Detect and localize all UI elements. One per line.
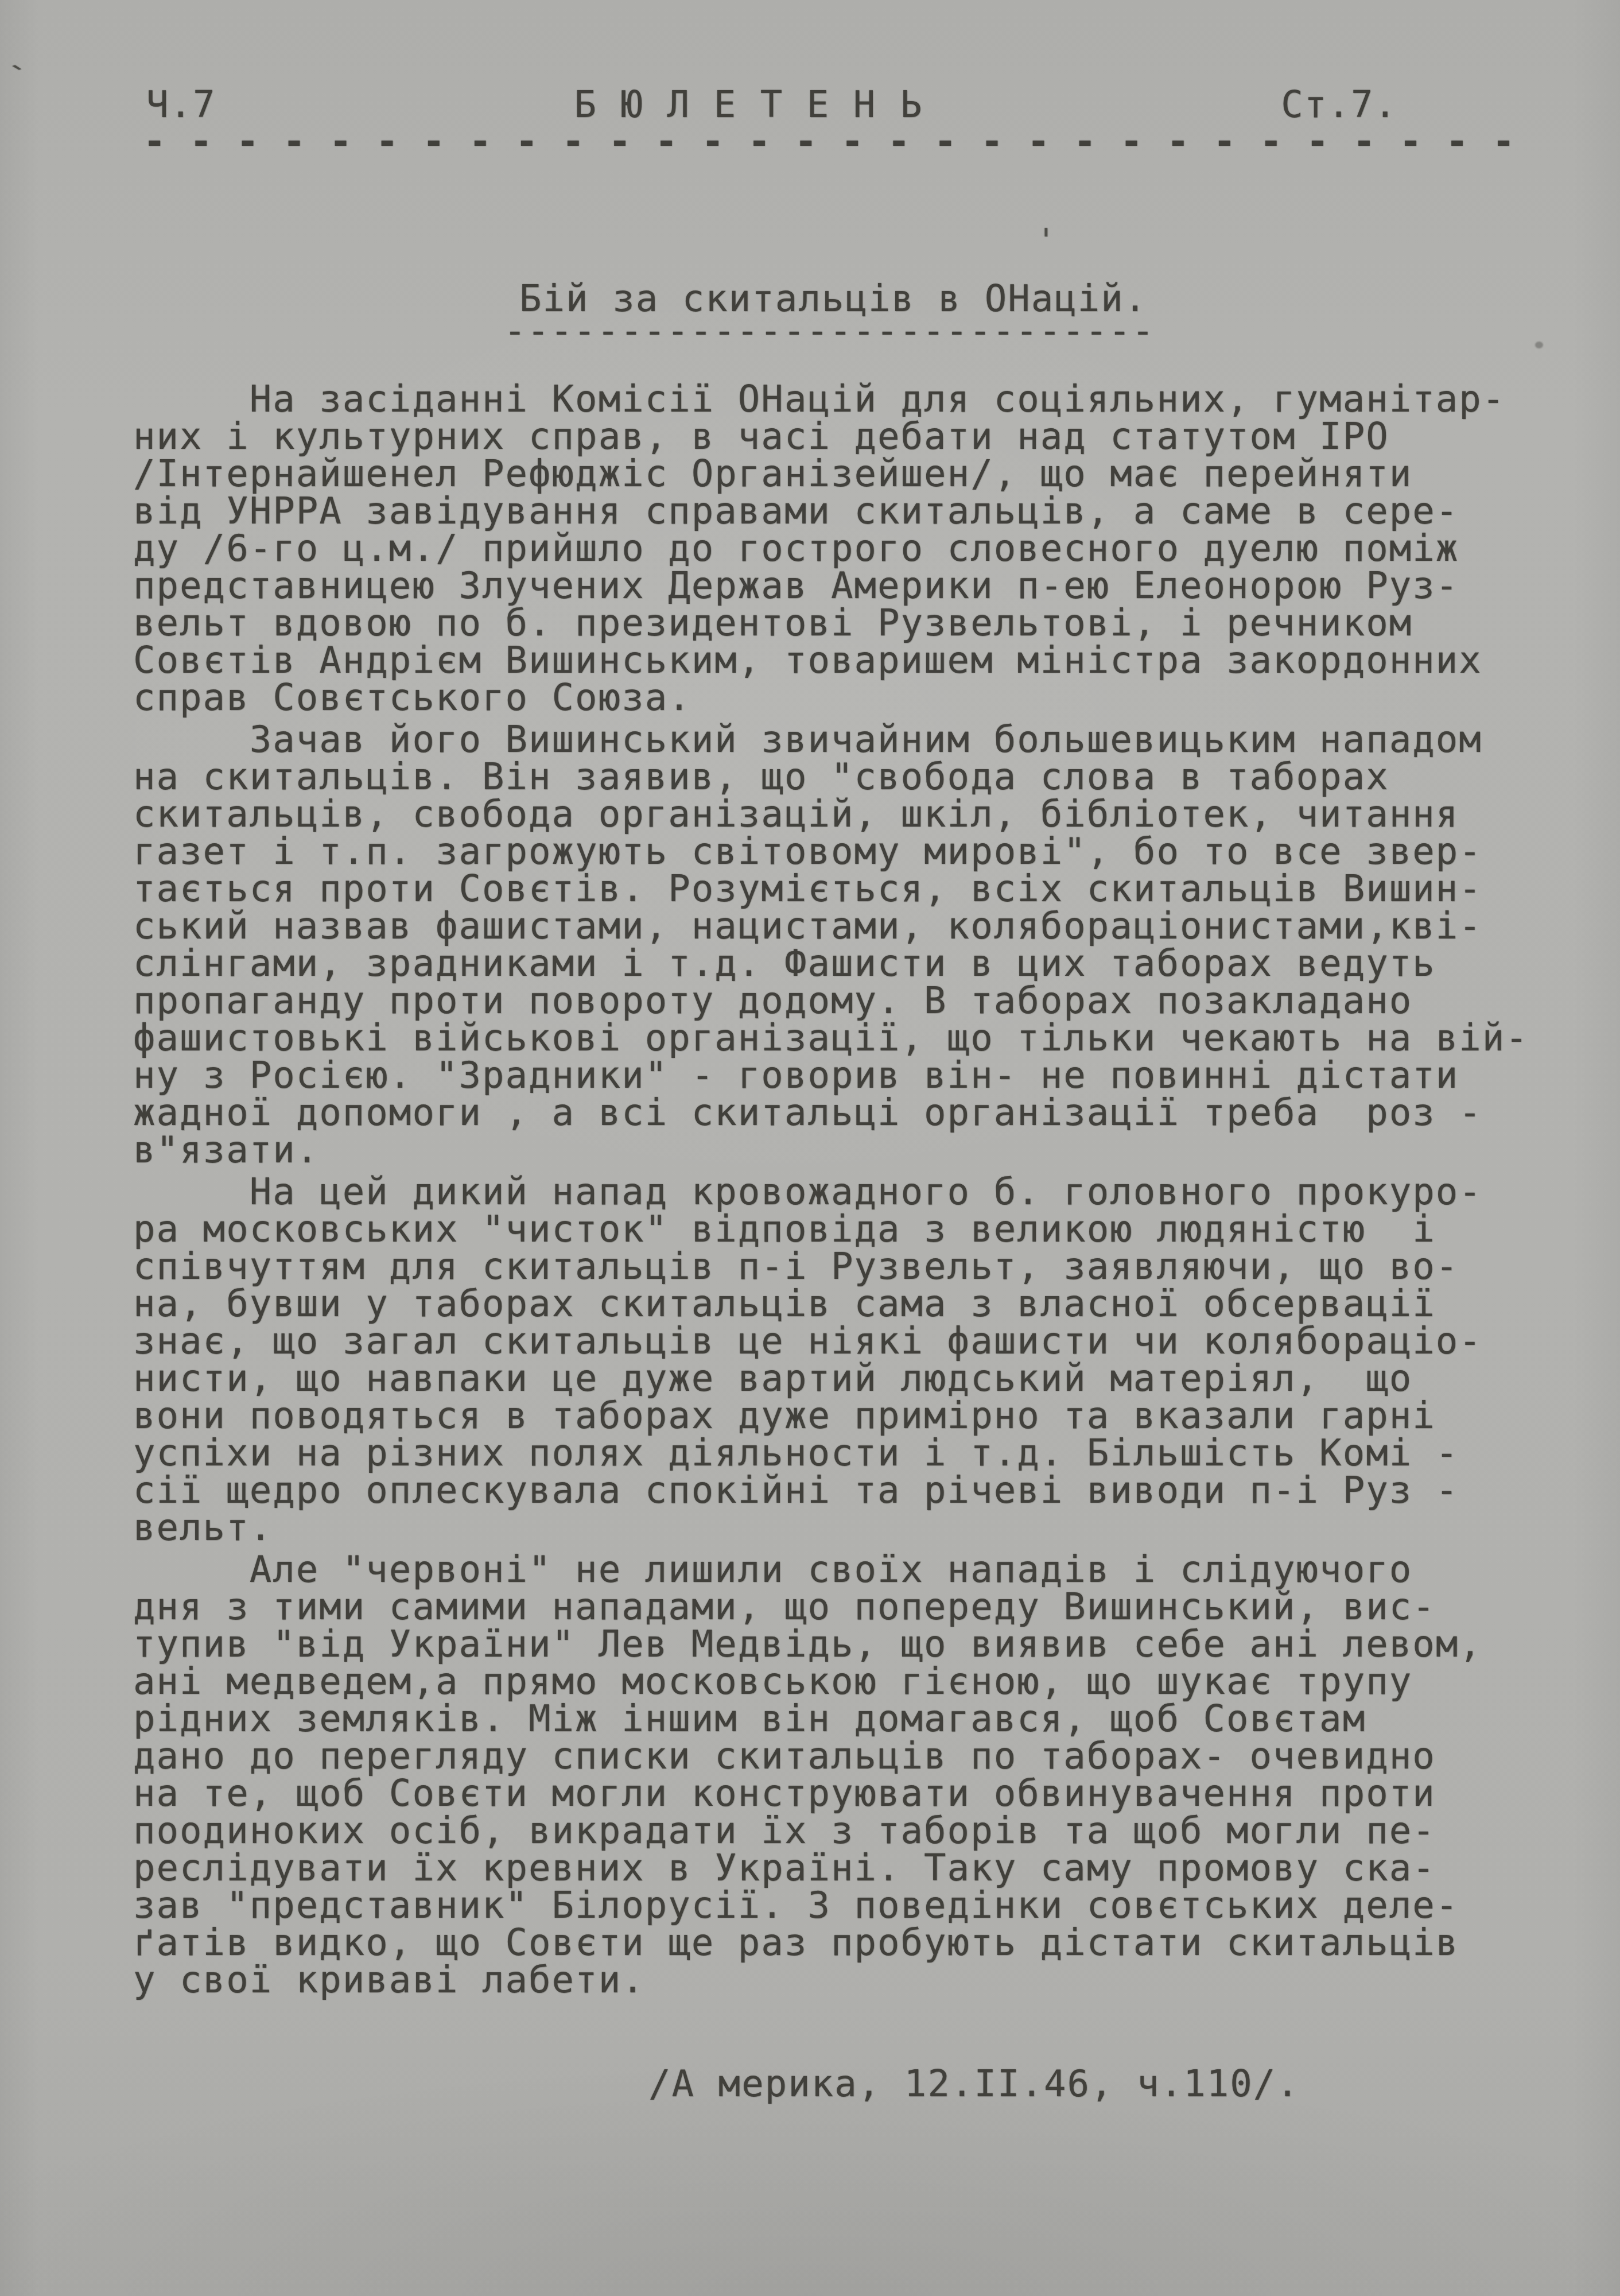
header-issue-number: Ч.7: [146, 85, 216, 125]
article-body: На засіданні Комісії ОНацій для соціяльн…: [133, 381, 1602, 1999]
stray-mark-top-left: `: [7, 57, 38, 99]
paragraph-1: На засіданні Комісії ОНацій для соціяльн…: [133, 381, 1602, 717]
paragraph-2: Зачав його Вишинський звичайним большеви…: [133, 722, 1602, 1169]
paragraph-4: Але "червоні" не лишили своїх нападів і …: [133, 1552, 1602, 1999]
paragraph-3: На цей дикий напад кровожадного б. голов…: [133, 1174, 1602, 1547]
source-citation: /А мерика, 12.ІІ.46, ч.110/.: [648, 2064, 1300, 2104]
article-title-underline: ----------------------------: [504, 311, 1155, 351]
scanned-bulletin-page: Ч.7 Б Ю Л Е Т Е Н Ь Ст.7. - - - - - - - …: [0, 0, 1620, 2296]
paper-speck: [1535, 342, 1543, 348]
header-divider-rule: - - - - - - - - - - - - - - - - - - - - …: [143, 122, 1516, 162]
page-header: Ч.7 Б Ю Л Е Т Е Н Ь Ст.7.: [146, 85, 1397, 125]
stray-mark-above-title: ': [1036, 222, 1056, 259]
header-masthead: Б Ю Л Е Т Е Н Ь: [574, 85, 923, 125]
header-page-number: Ст.7.: [1281, 85, 1397, 125]
